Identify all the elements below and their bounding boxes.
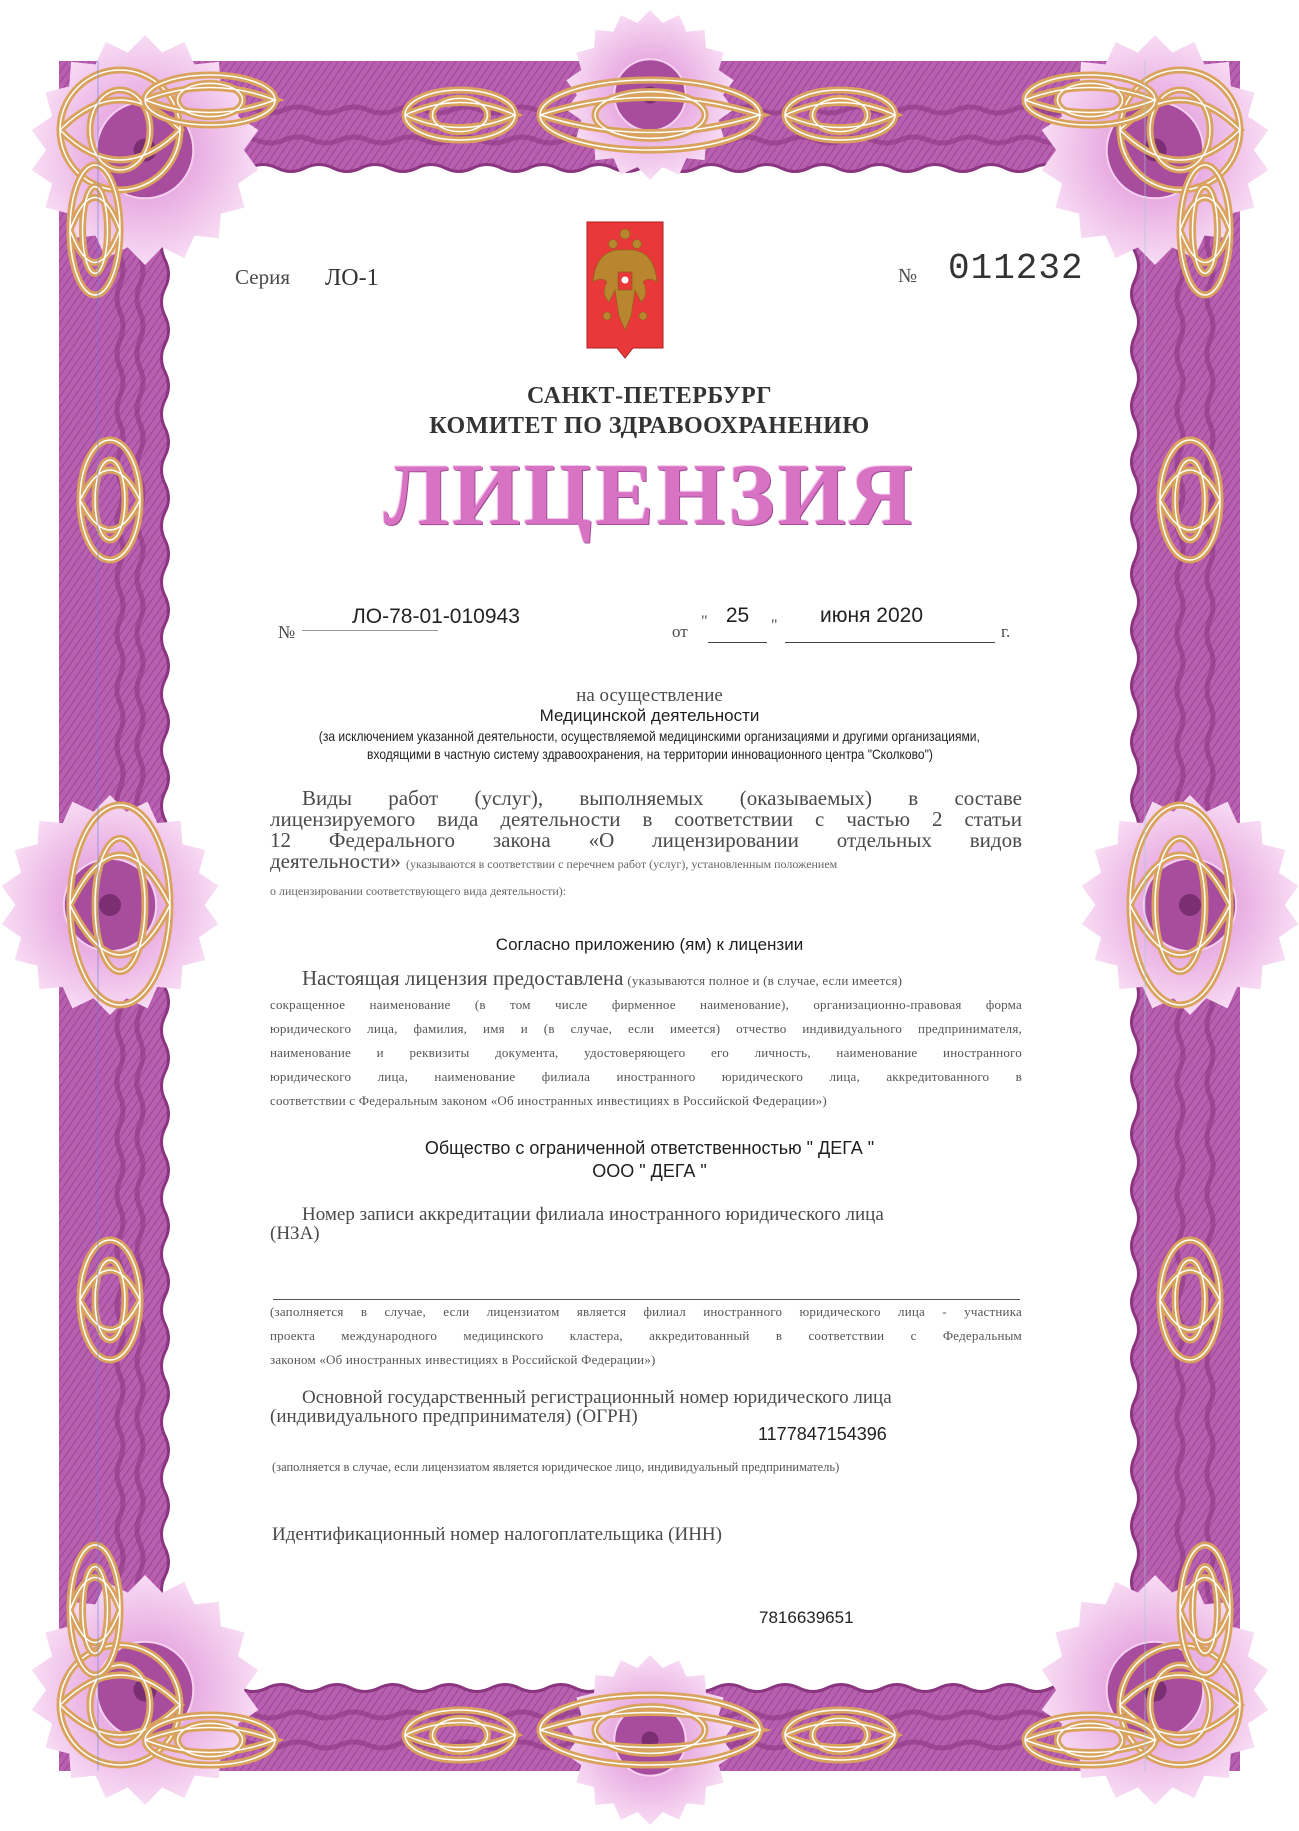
series-value: ЛО-1 — [325, 265, 379, 292]
works-paragraph: Виды работ (услуг), выполняемых (оказыва… — [270, 788, 1022, 902]
works-line-4-note: (указываются в соответствии с перечнем р… — [406, 857, 837, 871]
city-heading: САНКТ-ПЕТЕРБУРГ — [0, 383, 1299, 410]
granted-note-line-1: сокращенное наименование (в том числе фи… — [270, 993, 1022, 1017]
nza-note-line-3: законом «Об иностранных инвестициях в Ро… — [270, 1348, 1022, 1372]
ogrn-note: (заполняется в случае, если лицензиатом … — [272, 1460, 839, 1475]
works-line-1: Виды работ (услуг), выполняемых (оказыва… — [270, 788, 1022, 809]
licensee-short-name: ООО " ДЕГА " — [0, 1161, 1299, 1182]
date-month-underline — [785, 642, 995, 643]
date-close-quote: " — [771, 617, 778, 635]
date-day-underline — [708, 642, 767, 643]
granted-main: Настоящая лицензия предоставлена — [302, 966, 623, 990]
license-number-sign: № — [278, 622, 295, 643]
works-line-5-note: о лицензировании соответствующего вида д… — [270, 881, 1022, 902]
works-line-4-main: деятельности» — [270, 849, 401, 873]
ogrn-label-line2: (индивидуального предпринимателя) (ОГРН) — [270, 1407, 1022, 1426]
coat-of-arms-icon — [585, 220, 665, 360]
date-suffix: г. — [1001, 622, 1010, 642]
ogrn-label-line1: Основной государственный регистрационный… — [270, 1388, 1022, 1407]
granted-notes: сокращенное наименование (в том числе фи… — [270, 993, 1022, 1113]
ogrn-label: Основной государственный регистрационный… — [270, 1388, 1022, 1426]
date-day: 25 — [708, 604, 767, 628]
nza-note-line-2: проекта международного медицинского клас… — [270, 1324, 1022, 1348]
license-number: ЛО-78-01-010943 — [352, 605, 520, 629]
nza-notes: (заполняется в случае, если лицензиатом … — [270, 1300, 1022, 1372]
inn-value: 7816639651 — [759, 1608, 854, 1628]
nza-label-line1: Номер записи аккредитации филиала иностр… — [270, 1205, 1022, 1224]
activity-exception-text2: входящими в частную систему здравоохране… — [367, 746, 933, 762]
activity-exception-line2: входящими в частную систему здравоохране… — [0, 746, 1299, 762]
nza-label-line2: (НЗА) — [270, 1224, 1022, 1243]
granted-note-line-3: наименование и реквизиты документа, удос… — [270, 1041, 1022, 1065]
granted-note-line-5: соответствии с Федеральным законом «Об и… — [270, 1089, 1022, 1113]
works-line-4: деятельности» (указываются в соответстви… — [270, 851, 1022, 875]
granted-note-line-2: юридического лица, фамилия, имя и (в слу… — [270, 1017, 1022, 1041]
activity-exception-text1: (за исключением указанной деятельности, … — [319, 728, 980, 744]
license-title: ЛИЦЕНЗИЯ — [0, 445, 1299, 546]
nza-label: Номер записи аккредитации филиала иностр… — [270, 1205, 1022, 1243]
date-open-quote: " — [701, 613, 708, 631]
granted-note-line-4: юридического лица, наименование филиала … — [270, 1065, 1022, 1089]
date-prefix: от — [672, 622, 688, 642]
date-month-year: июня 2020 — [820, 604, 923, 628]
nza-note-line-1: (заполняется в случае, если лицензиатом … — [270, 1300, 1022, 1324]
ogrn-value: 1177847154396 — [758, 1424, 887, 1445]
blank-number-sign: № — [898, 265, 917, 288]
purpose-intro: на осуществление — [0, 685, 1299, 707]
granted-line-1: Настоящая лицензия предоставлена (указыв… — [270, 966, 1022, 993]
granted-note-1: (указываются полное и (в случае, если им… — [627, 973, 902, 988]
licensee-full-name: Общество с ограниченной ответственностью… — [0, 1138, 1299, 1159]
works-line-3: 12 Федерального закона «О лицензировании… — [270, 830, 1022, 851]
license-number-underline — [302, 630, 438, 631]
works-line-2: лицензируемого вида деятельности в соотв… — [270, 809, 1022, 830]
activity-name: Медицинской деятельности — [0, 706, 1299, 726]
granted-paragraph: Настоящая лицензия предоставлена (указыв… — [270, 966, 1022, 1113]
works-value: Согласно приложению (ям) к лицензии — [0, 935, 1299, 955]
authority-heading: КОМИТЕТ ПО ЗДРАВООХРАНЕНИЮ — [0, 413, 1299, 440]
blank-number: 011232 — [948, 248, 1084, 289]
series-label: Серия — [235, 265, 290, 290]
inn-label: Идентификационный номер налогоплательщик… — [272, 1524, 722, 1546]
activity-exception-line1: (за исключением указанной деятельности, … — [0, 728, 1299, 744]
